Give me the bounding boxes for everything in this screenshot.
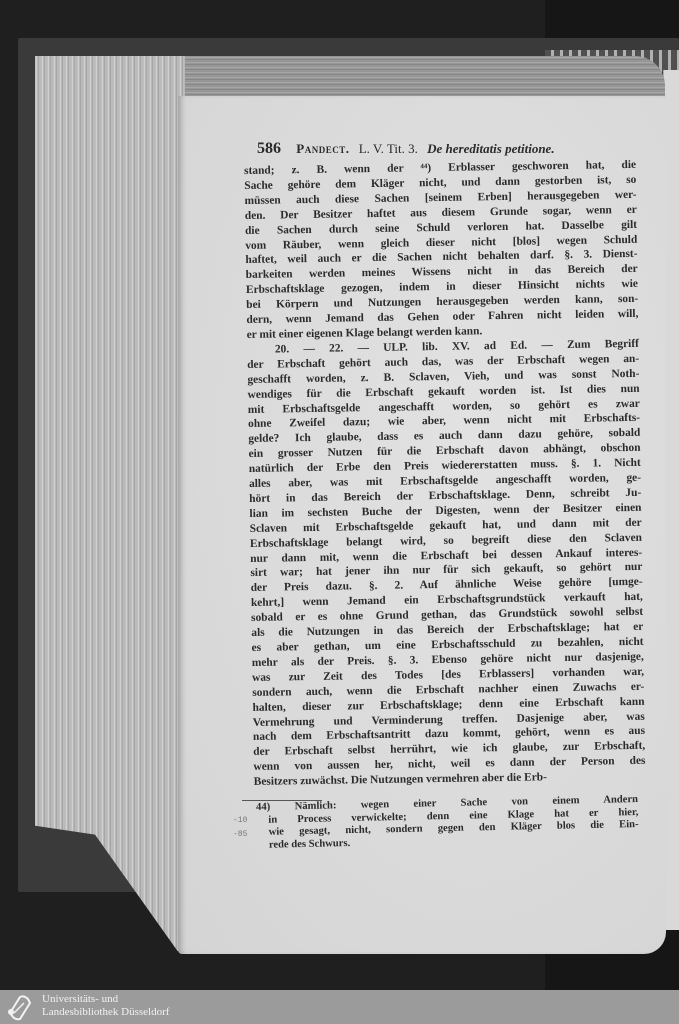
library-name: Universitäts- und Landesbibliothek Düsse… (42, 993, 169, 1019)
page-stack-left (35, 56, 185, 951)
section-ref: L. V. Tit. 3. (359, 141, 418, 156)
footnote: 44) Nämlich: wegen einer Sache von einem… (256, 794, 639, 852)
library-name-line1: Universitäts- und (42, 993, 169, 1006)
library-footer: Universitäts- und Landesbibliothek Düsse… (0, 990, 679, 1024)
margin-mark: -85 (233, 828, 247, 842)
book-logo-icon (4, 993, 34, 1021)
book-page: 586 Pandect. L. V. Tit. 3. De hereditati… (178, 96, 666, 954)
library-name-line2: Landesbibliothek Düsseldorf (42, 1006, 169, 1019)
margin-marks: -10-85 (233, 814, 247, 842)
chapter-title: De hereditatis petitione. (427, 141, 554, 156)
margin-mark: -10 (233, 814, 247, 828)
page-number: 586 (257, 140, 281, 157)
running-head: 586 Pandect. L. V. Tit. 3. De hereditati… (257, 140, 647, 158)
book-title: Pandect. (296, 141, 349, 156)
body-text: stand; z. B. wenn der ⁴⁴) Erblasser gesc… (244, 158, 646, 790)
